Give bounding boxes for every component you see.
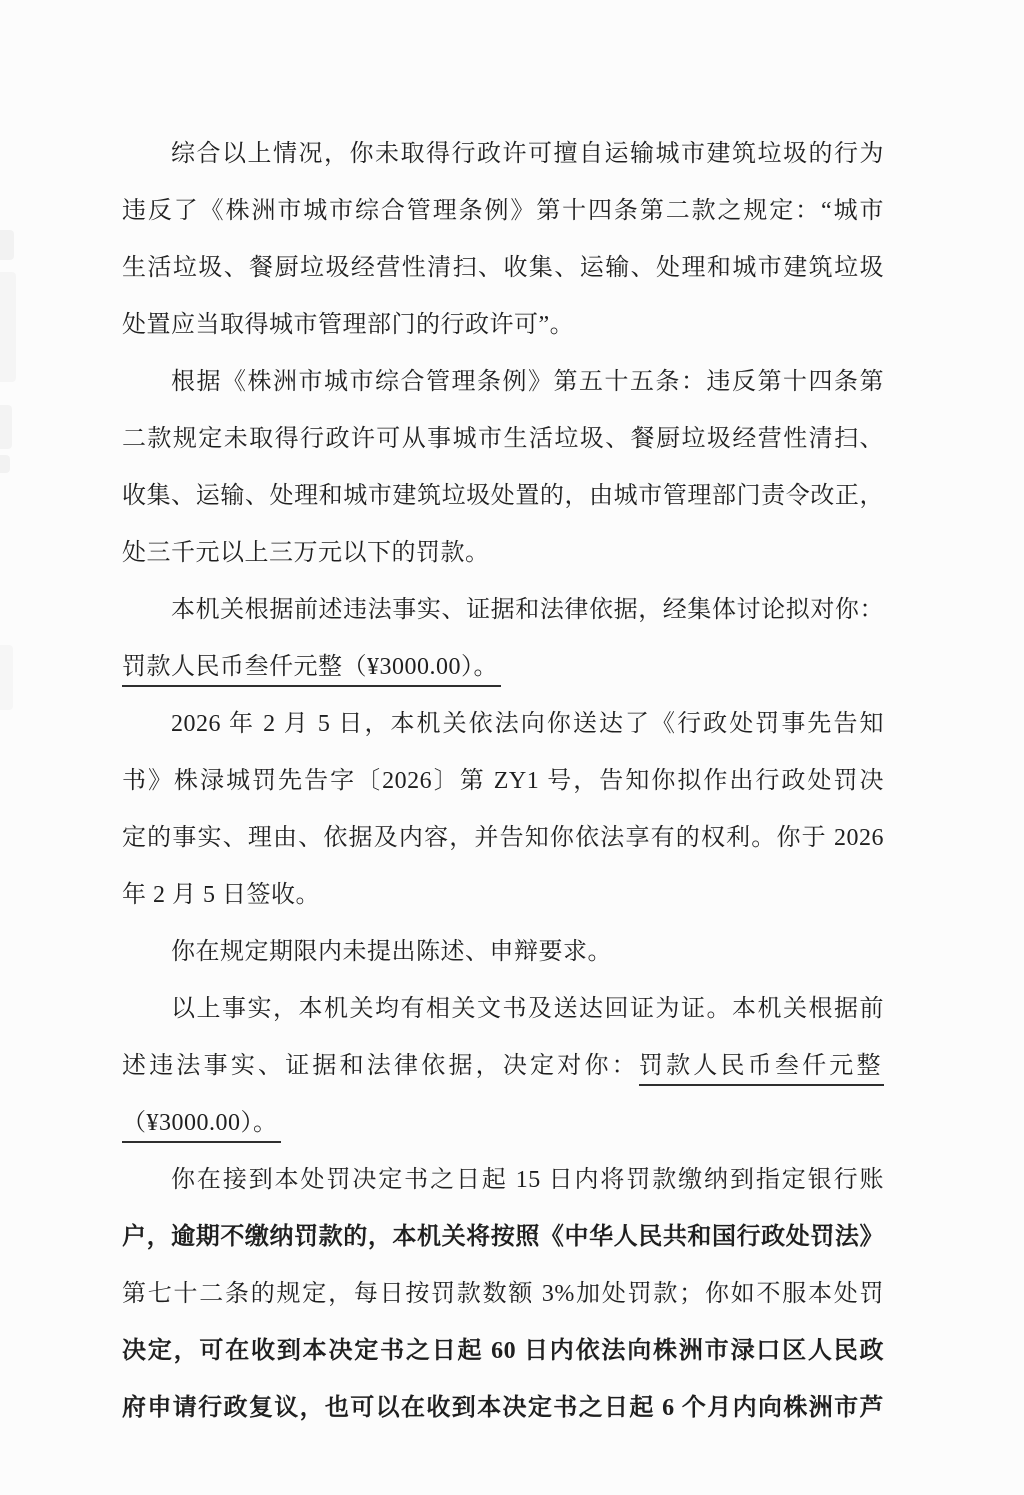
scan-smudge	[0, 455, 10, 473]
text-line: 综合以上情况，你未取得行政许可擅自运输城市建筑垃圾的行为	[122, 126, 884, 183]
scan-smudge	[0, 645, 13, 710]
text-line: 书》株渌城罚先告字〔2026〕第 ZY1 号，告知你拟作出行政处罚决	[122, 753, 884, 810]
text-line: 第七十二条的规定，每日按罚款数额 3%加处罚款；你如不服本处罚	[122, 1266, 884, 1323]
text-line: 决定，可在收到本决定书之日起 60 日内依法向株洲市渌口区人民政	[122, 1323, 884, 1380]
text-segment: 处三千元以上三万元以下的罚款。	[122, 540, 490, 566]
text-segment: 年 2 月 5 日签收。	[122, 882, 320, 908]
text-line: 定的事实、理由、依据及内容，并告知你依法享有的权利。你于 2026	[122, 810, 884, 867]
text-segment: 二款规定未取得行政许可从事城市生活垃圾、餐厨垃圾经营性清扫、	[122, 426, 884, 452]
text-line: 本机关根据前述违法事实、证据和法律依据，经集体讨论拟对你：	[122, 582, 884, 639]
text-segment: 根据《株洲市城市综合管理条例》第五十五条：违反第十四条第	[171, 369, 884, 395]
text-line: 2026 年 2 月 5 日，本机关依法向你送达了《行政处罚事先告知	[122, 696, 884, 753]
text-line: 以上事实，本机关均有相关文书及送达回证为证。本机关根据前	[122, 981, 884, 1038]
document-body: 综合以上情况，你未取得行政许可擅自运输城市建筑垃圾的行为违反了《株洲市城市综合管…	[122, 126, 884, 1437]
penalty-amount-underlined: 罚款人民币叁仟元整（¥3000.00）。	[122, 654, 501, 687]
text-segment: 违反了《株洲市城市综合管理条例》第十四条第二款之规定：“城市	[122, 198, 884, 224]
text-line: 二款规定未取得行政许可从事城市生活垃圾、餐厨垃圾经营性清扫、	[122, 411, 884, 468]
text-line: 根据《株洲市城市综合管理条例》第五十五条：违反第十四条第	[122, 354, 884, 411]
text-segment: 定的事实、理由、依据及内容，并告知你依法享有的权利。你于 2026	[122, 825, 884, 851]
text-segment: 综合以上情况，你未取得行政许可擅自运输城市建筑垃圾的行为	[171, 141, 884, 167]
text-line: 生活垃圾、餐厨垃圾经营性清扫、收集、运输、处理和城市建筑垃圾	[122, 240, 884, 297]
text-line: 违反了《株洲市城市综合管理条例》第十四条第二款之规定：“城市	[122, 183, 884, 240]
text-segment: 述违法事实、证据和法律依据，决定对你：	[122, 1053, 639, 1079]
scan-smudge	[0, 230, 14, 260]
text-segment: 你在规定期限内未提出陈述、申辩要求。	[171, 939, 612, 965]
text-segment: 户，逾期不缴纳罚款的，本机关将按照《中华人民共和国行政处罚法》	[122, 1224, 884, 1250]
text-line: 处置应当取得城市管理部门的行政许可”。	[122, 297, 884, 354]
text-segment: 决定，可在收到本决定书之日起 60 日内依法向株洲市渌口区人民政	[122, 1338, 884, 1364]
scan-smudge	[0, 405, 12, 449]
text-line: 述违法事实、证据和法律依据，决定对你：罚款人民币叁仟元整	[122, 1038, 884, 1095]
text-segment: 本机关根据前述违法事实、证据和法律依据，经集体讨论拟对你：	[171, 597, 884, 623]
text-line: 罚款人民币叁仟元整（¥3000.00）。	[122, 639, 884, 696]
text-line: 你在接到本处罚决定书之日起 15 日内将罚款缴纳到指定银行账	[122, 1152, 884, 1209]
text-segment: 书》株渌城罚先告字〔2026〕第 ZY1 号，告知你拟作出行政处罚决	[122, 768, 884, 794]
document-page: 综合以上情况，你未取得行政许可擅自运输城市建筑垃圾的行为违反了《株洲市城市综合管…	[0, 0, 1024, 1495]
text-line: （¥3000.00）。	[122, 1095, 884, 1152]
text-line: 收集、运输、处理和城市建筑垃圾处置的，由城市管理部门责令改正，	[122, 468, 884, 525]
text-segment: 生活垃圾、餐厨垃圾经营性清扫、收集、运输、处理和城市建筑垃圾	[122, 255, 884, 281]
text-line: 户，逾期不缴纳罚款的，本机关将按照《中华人民共和国行政处罚法》	[122, 1209, 884, 1266]
text-line: 你在规定期限内未提出陈述、申辩要求。	[122, 924, 884, 981]
penalty-amount-underlined: 罚款人民币叁仟元整	[639, 1053, 884, 1086]
text-segment: 第七十二条的规定，每日按罚款数额 3%加处罚款；你如不服本处罚	[122, 1281, 884, 1307]
text-segment: 你在接到本处罚决定书之日起 15 日内将罚款缴纳到指定银行账	[171, 1167, 884, 1193]
text-segment: 收集、运输、处理和城市建筑垃圾处置的，由城市管理部门责令改正，	[122, 483, 884, 509]
text-line: 年 2 月 5 日签收。	[122, 867, 884, 924]
text-segment: 府申请行政复议，也可以在收到本决定书之日起 6 个月内向株洲市芦	[122, 1395, 884, 1421]
scan-smudge	[0, 272, 16, 382]
penalty-amount-underlined: （¥3000.00）。	[122, 1110, 281, 1143]
text-line: 处三千元以上三万元以下的罚款。	[122, 525, 884, 582]
text-segment: 2026 年 2 月 5 日，本机关依法向你送达了《行政处罚事先告知	[171, 711, 884, 737]
text-line: 府申请行政复议，也可以在收到本决定书之日起 6 个月内向株洲市芦	[122, 1380, 884, 1437]
text-segment: 以上事实，本机关均有相关文书及送达回证为证。本机关根据前	[171, 996, 884, 1022]
text-segment: 处置应当取得城市管理部门的行政许可”。	[122, 312, 574, 338]
